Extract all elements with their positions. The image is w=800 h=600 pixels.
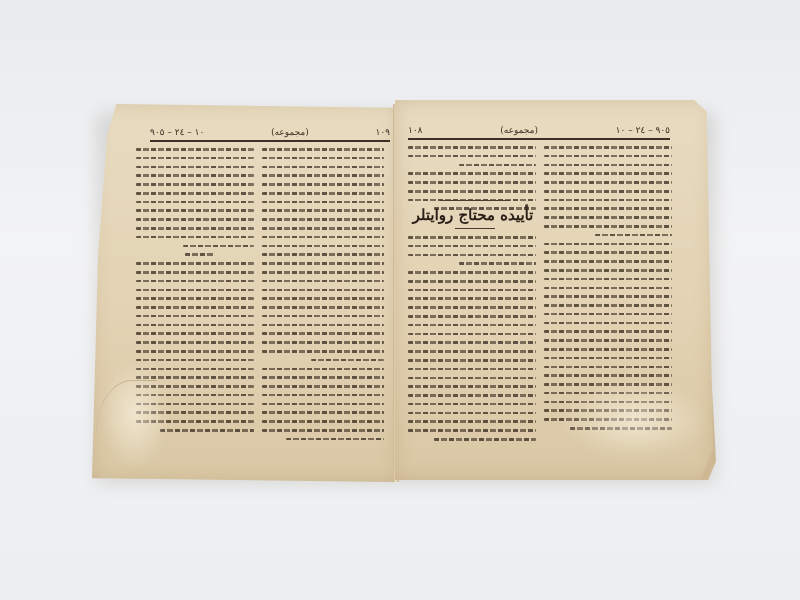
left-page-date: ١٠ – ٢٤ – ٩٠٥ xyxy=(150,128,204,138)
left-page-column-2 xyxy=(262,148,384,440)
water-stain xyxy=(560,380,710,460)
left-page-header: ١٠٩ (مجموعه) ١٠ – ٢٤ – ٩٠٥ xyxy=(150,128,390,138)
heading-ornament-bottom xyxy=(455,228,495,229)
water-stain-left xyxy=(100,360,170,470)
right-page-date: ٩٠٥ – ٢٤ – ١٠ xyxy=(616,126,670,136)
left-page-running-title: (مجموعه) xyxy=(271,128,309,138)
photo-scene: ١٠٩ (مجموعه) ١٠ – ٢٤ – ٩٠٥ ٩٠٥ – ٢٤ – ١٠… xyxy=(0,0,800,600)
right-page-column-1 xyxy=(408,236,536,441)
left-page-number: ١٠٩ xyxy=(375,128,390,138)
right-header-rule xyxy=(408,138,670,140)
right-page-header: ٩٠٥ – ٢٤ – ١٠ (مجموعه) ١٠٨ xyxy=(408,126,670,136)
article-heading: تأييده محتاج روايتلر xyxy=(408,206,538,224)
right-page-running-title: (مجموعه) xyxy=(500,126,538,136)
right-page-number: ١٠٨ xyxy=(408,126,423,136)
heading-ornament-top xyxy=(440,200,510,201)
section-marker xyxy=(185,253,215,256)
left-header-rule xyxy=(150,140,390,142)
